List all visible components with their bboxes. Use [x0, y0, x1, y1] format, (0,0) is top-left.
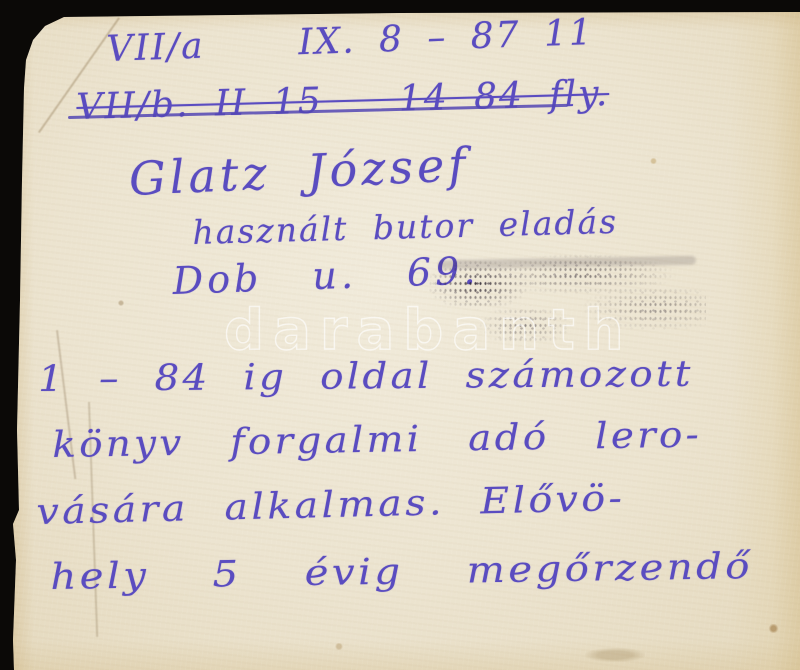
handwriting-line-item-description: használt butor eladás — [192, 205, 618, 249]
notebook-page: VII/a IX. 8 – 87 11 VII/b. II 15 14 84 f… — [0, 0, 800, 670]
handwriting-line-name: Glatz József — [128, 141, 470, 202]
photo-background: VII/a IX. 8 – 87 11 VII/b. II 15 14 84 f… — [0, 0, 800, 670]
handwriting-line-body-2: könyv forgalmi adó lero- — [52, 418, 702, 464]
darabanth-watermark: darabanth — [224, 298, 633, 363]
handwriting-line-body-1: 1 – 84 ig oldal számozott — [38, 357, 694, 398]
